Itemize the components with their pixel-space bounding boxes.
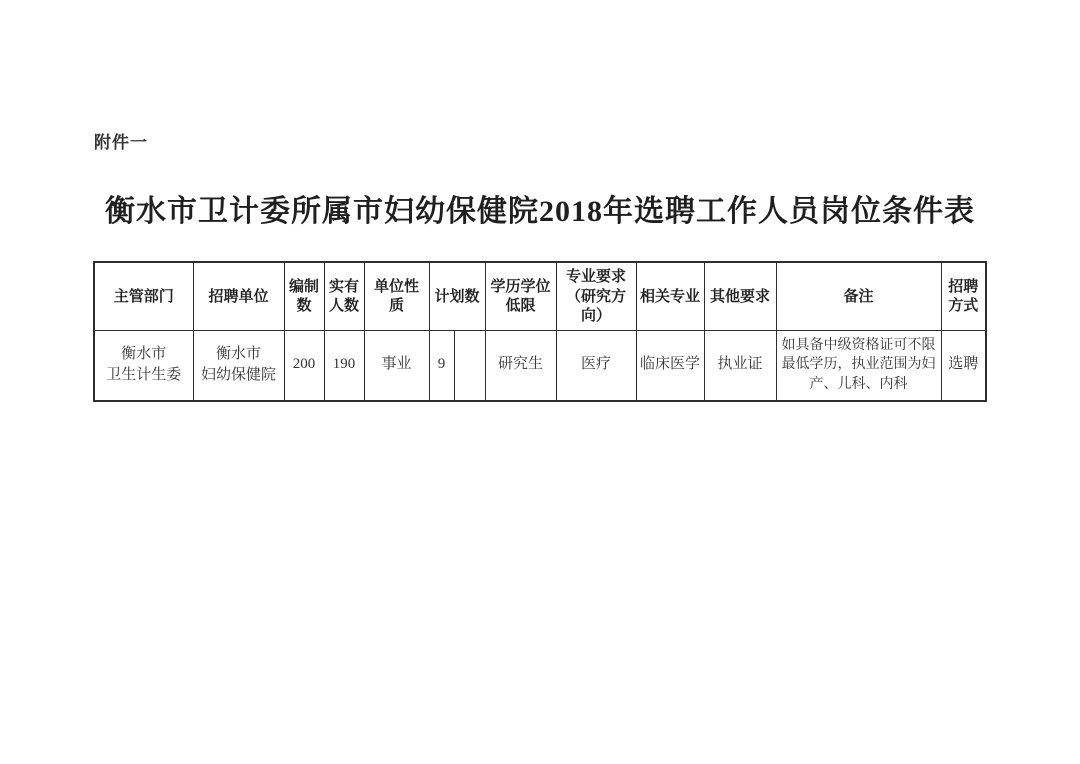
cell-planned-count-empty [454, 330, 485, 401]
cell-unit-type: 事业 [364, 330, 429, 401]
cell-other-requirements: 执业证 [704, 330, 776, 401]
cell-major-requirement: 医疗 [556, 330, 636, 401]
header-row: 主管部门 招聘单位 编制数 实有人数 单位性质 计划数 学历学位低限 专业要求（… [94, 262, 986, 330]
header-supervising-department: 主管部门 [94, 262, 193, 330]
cell-remarks: 如具备中级资格证可不限最低学历，执业范围为妇产、儿科、内科 [776, 330, 941, 401]
header-remarks: 备注 [776, 262, 941, 330]
cell-supervising-department: 衡水市 卫生计生委 [94, 330, 193, 401]
header-unit-type: 单位性质 [364, 262, 429, 330]
page-title: 衡水市卫计委所属市妇幼保健院2018年选聘工作人员岗位条件表 [0, 186, 1080, 230]
header-staffing-quota: 编制数 [284, 262, 324, 330]
header-related-major: 相关专业 [636, 262, 704, 330]
header-major-requirement: 专业要求（研究方向） [556, 262, 636, 330]
header-planned-count: 计划数 [429, 262, 485, 330]
header-recruitment-method: 招聘方式 [941, 262, 986, 330]
cell-recruitment-method: 选聘 [941, 330, 986, 401]
attachment-label: 附件一 [94, 128, 148, 153]
header-recruiting-unit: 招聘单位 [193, 262, 284, 330]
cell-recruiting-unit: 衡水市 妇幼保健院 [193, 330, 284, 401]
positions-table: 主管部门 招聘单位 编制数 实有人数 单位性质 计划数 学历学位低限 专业要求（… [93, 261, 987, 402]
cell-related-major: 临床医学 [636, 330, 704, 401]
header-actual-headcount: 实有人数 [324, 262, 364, 330]
cell-min-education: 研究生 [485, 330, 556, 401]
cell-actual-headcount: 190 [324, 330, 364, 401]
document-page: 附件一 衡水市卫计委所属市妇幼保健院2018年选聘工作人员岗位条件表 主管部门 … [0, 0, 1080, 764]
table-row: 衡水市 卫生计生委 衡水市 妇幼保健院 200 190 事业 9 研究生 医疗 … [94, 330, 986, 401]
cell-staffing-quota: 200 [284, 330, 324, 401]
cell-planned-count: 9 [429, 330, 454, 401]
header-other-requirements: 其他要求 [704, 262, 776, 330]
header-min-education: 学历学位低限 [485, 262, 556, 330]
